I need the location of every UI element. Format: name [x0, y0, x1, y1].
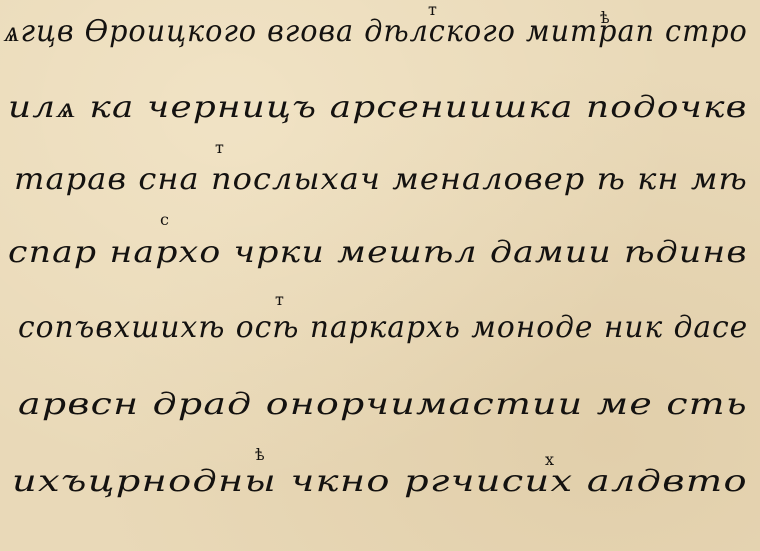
superscript-mark: с	[160, 210, 169, 229]
manuscript-line-2: илѧ ка черницъ арсениишка подочкв	[0, 88, 760, 128]
manuscript-line-6: арвсн драд онорчимастии ме сть	[0, 385, 760, 425]
superscript-mark: х	[545, 450, 554, 469]
manuscript-line-1: ѧгцв Ѳроицкого вгова дѣлского митрап стр…	[0, 12, 760, 52]
manuscript-line-5: сопъвхшихѣ осѣ паркархь моноде ник дасе	[0, 308, 760, 348]
manuscript-line-7: ихъцрнодны чкно ргчисих алдвто	[0, 462, 760, 502]
superscript-mark: ѣ	[255, 445, 265, 464]
superscript-mark: т	[215, 138, 224, 157]
superscript-mark: т	[428, 0, 437, 19]
manuscript-line-4: спар нархо чрки мешѣл дамии ѣдинв	[0, 233, 760, 273]
superscript-mark: ѣ	[600, 8, 610, 27]
manuscript-page: ѧгцв Ѳроицкого вгова дѣлского митрап стр…	[0, 0, 760, 551]
superscript-mark: т	[275, 290, 284, 309]
manuscript-line-3: тарав сна послыхач меналовер ѣ кн мѣ	[0, 160, 760, 200]
